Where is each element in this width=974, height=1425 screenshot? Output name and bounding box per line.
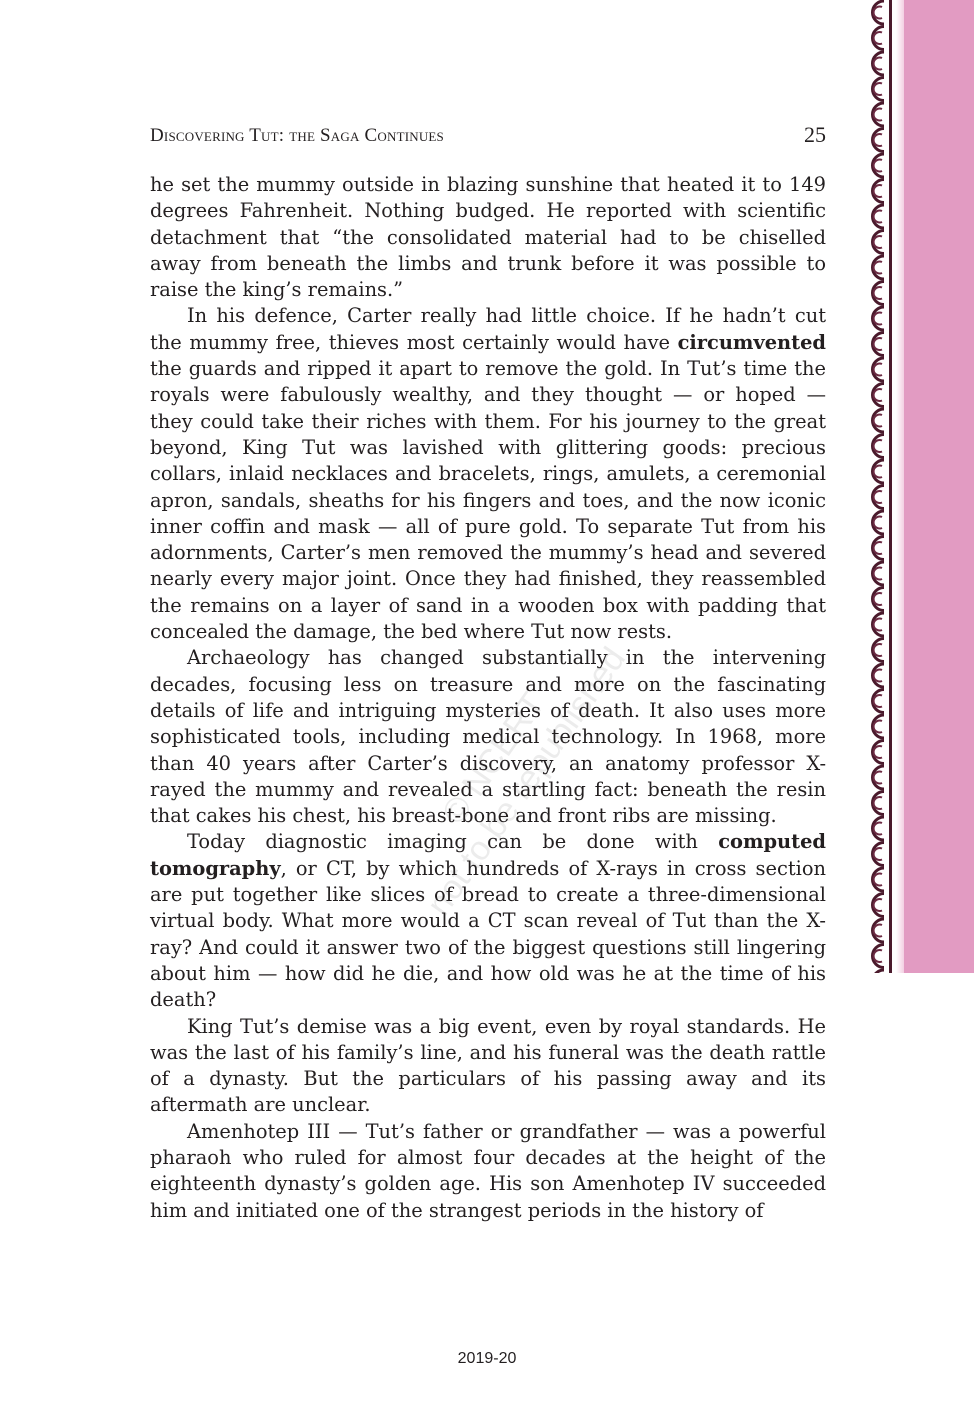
- text-run: the guards and ripped it apart to remove…: [150, 357, 826, 643]
- text-run: Amenhotep III — Tut’s father or grandfat…: [150, 1120, 826, 1222]
- paragraph: Today diagnostic imaging can be done wit…: [150, 829, 826, 1013]
- paragraph: Archaeology has changed substantially in…: [150, 645, 826, 829]
- page-number: 25: [804, 122, 826, 148]
- page-header: Discovering Tut: the Saga Continues 25: [150, 122, 826, 150]
- border-vertical-line: [889, 0, 892, 973]
- text-run: Archaeology has changed substantially in…: [150, 646, 826, 827]
- paragraph: he set the mummy outside in blazing suns…: [150, 172, 826, 303]
- border-pink-band: [904, 0, 974, 973]
- running-head-title: Discovering Tut: the Saga Continues: [150, 125, 444, 147]
- border-pink-fade: [896, 0, 904, 973]
- paragraph: King Tut’s demise was a big event, even …: [150, 1014, 826, 1119]
- text-run: King Tut’s demise was a big event, even …: [150, 1015, 826, 1117]
- paragraph: Amenhotep III — Tut’s father or grandfat…: [150, 1119, 826, 1224]
- body-text: he set the mummy outside in blazing suns…: [150, 172, 826, 1224]
- text-run: he set the mummy outside in blazing suns…: [150, 173, 826, 301]
- paragraph: In his defence, Carter really had little…: [150, 303, 826, 645]
- text-run: Today diagnostic imaging can be done wit…: [187, 830, 718, 853]
- glossary-term: circumvented: [678, 331, 826, 354]
- scalloped-border-icon: [860, 0, 886, 973]
- footer-year: 2019-20: [0, 1350, 974, 1368]
